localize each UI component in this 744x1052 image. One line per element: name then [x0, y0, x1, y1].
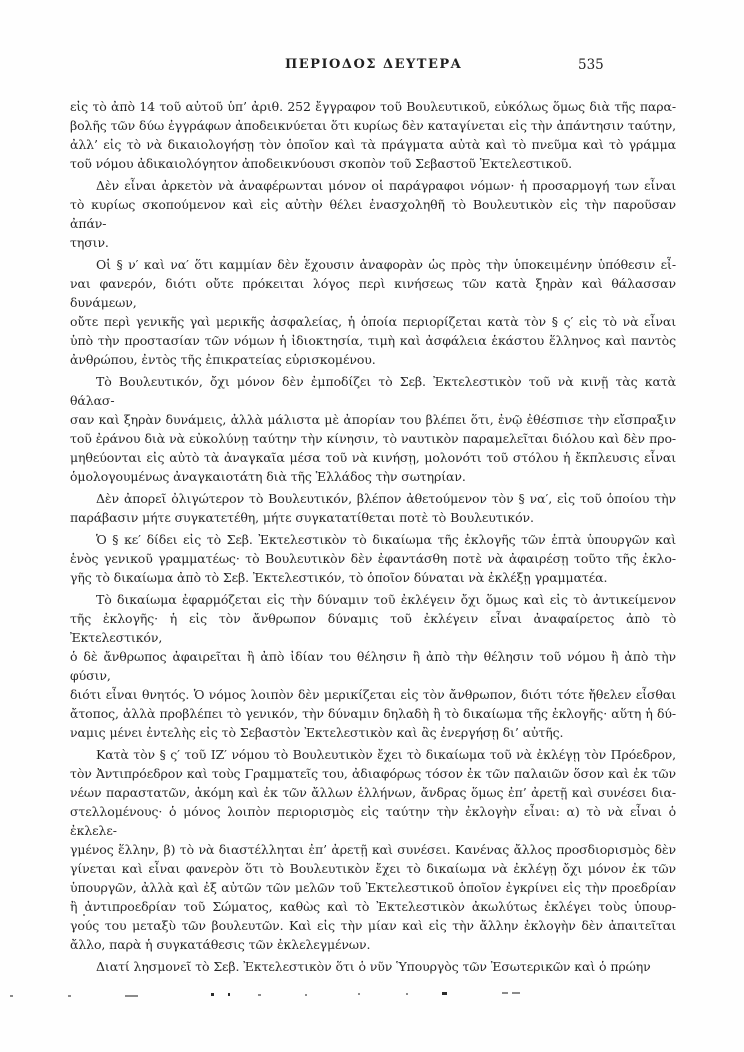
scan-speck	[211, 993, 214, 996]
text-line: ἀνθρώπου, ἐντὸς τῆς ἐπικρατείας εὑρισκομ…	[70, 350, 676, 369]
text-line: ἄτοπος, ἀλλὰ προβλέπει τὸ γενικόν, τὴν δ…	[70, 704, 676, 723]
text-line: Τὸ δικαίωμα ἐφαρμόζεται εἰς τὴν δύναμιν …	[70, 590, 676, 609]
text-line: γῆς τὸ δικαίωμα ἀπὸ τὸ Σεβ. Ἐκτελεστικόν…	[70, 568, 676, 587]
scan-speck	[10, 995, 13, 997]
text-line: νέων παραστατῶν, ἀκόμη καὶ ἐκ τῶν ἄλλων …	[70, 783, 676, 802]
text-line: γούς του μεταξὺ τῶν βουλευτῶν. Καὶ εἰς τ…	[70, 916, 676, 935]
scan-speck	[502, 992, 508, 994]
text-line: ἄλλο, παρὰ ἡ συγκατάθεσις τῶν ἐκλελεγμέν…	[70, 935, 676, 954]
scan-speck	[305, 994, 307, 996]
text-line: βολῆς τῶν δύω ἐγγράφων ἀποδεικνύεται ὅτι…	[70, 116, 676, 135]
paragraph: Διατί λησμονεῖ τὸ Σεβ. Ἐκτελεστικὸν ὅτι …	[70, 957, 676, 976]
text-line: ὁ δὲ ἄνθρωπος ἀφαιρεῖται ἢ ἀπὸ ἰδίαν του…	[70, 647, 676, 685]
text-line: τοῦ ἐράνου διὰ νὰ εὐκολύνῃ ταύτην τὴν κί…	[70, 429, 676, 448]
scan-speck	[258, 994, 261, 996]
text-line: Δὲν ἀπορεῖ ὀλιγώτερον τὸ Βουλευτικόν, βλ…	[70, 489, 676, 508]
paragraph: Δὲν ἀπορεῖ ὀλιγώτερον τὸ Βουλευτικόν, βλ…	[70, 489, 676, 527]
scan-speck	[68, 995, 71, 997]
text-line: οὔτε περὶ γενικῆς γαὶ μερικῆς ἀσφαλείας,…	[70, 312, 676, 331]
paragraph: Τὸ Βουλευτικόν, ὄχι μόνον δὲν ἐμποδίζει …	[70, 372, 676, 486]
text-line: εἰς τὸ ἀπὸ 14 τοῦ αὐτοῦ ὑπ’ ἀριθ. 252 ἔγ…	[70, 97, 676, 116]
text-line: γμένος ἕλλην, β) τὸ νὰ διαστέλληται ἐπ’ …	[70, 840, 676, 859]
text-line: ναμις μένει ἐντελὴς εἰς τὸ Σεβαστὸν Ἐκτε…	[70, 723, 676, 742]
text-line: ἀλλ’ εἰς τὸ νὰ δικαιολογήσῃ τὸν ὁποῖον κ…	[70, 135, 676, 154]
scan-speck	[358, 993, 360, 995]
scan-speck	[183, 891, 185, 893]
paragraph: Τὸ δικαίωμα ἐφαρμόζεται εἰς τὴν δύναμιν …	[70, 590, 676, 742]
scan-speck	[83, 914, 85, 916]
text-line: Ὁ § κε′ δίδει εἰς τὸ Σεβ. Ἐκτελεστικὸν τ…	[70, 530, 676, 549]
paragraph: Κατὰ τὸν § ς′ τοῦ ΙΖ′ νόμου τὸ Βουλευτικ…	[70, 745, 676, 954]
paragraph: Οἱ § ν′ καὶ να′ ὅτι καμμίαν δὲν ἔχουσιν …	[70, 255, 676, 369]
text-line: ὁμολογουμένως ἀναγκαιοτάτη διὰ τῆς Ἑλλάδ…	[70, 467, 676, 486]
running-head: ΠΕΡΙΟΔΟΣ ΔΕΥΤΕΡΑ 535	[70, 57, 676, 77]
text-line: Διατί λησμονεῖ τὸ Σεβ. Ἐκτελεστικὸν ὅτι …	[70, 957, 676, 976]
paragraph: εἰς τὸ ἀπὸ 14 τοῦ αὐτοῦ ὑπ’ ἀριθ. 252 ἔγ…	[70, 97, 676, 173]
scanned-document-page: ΠΕΡΙΟΔΟΣ ΔΕΥΤΕΡΑ 535 εἰς τὸ ἀπὸ 14 τοῦ α…	[0, 0, 744, 1052]
text-line: ναι φανερόν, διότι οὔτε πρόκειται λόγος …	[70, 274, 676, 312]
text-line: τὸ κυρίως σκοπούμενον καὶ εἰς αὐτὴν θέλε…	[70, 195, 676, 233]
text-line: τῆς ἐκλογῆς· ἡ εἰς τὸν ἄνθρωπον δύναμις …	[70, 609, 676, 647]
text-line: σαν καὶ ξηρὰν δυνάμεις, ἀλλὰ μάλιστα μὲ …	[70, 410, 676, 429]
scan-speck	[125, 995, 138, 997]
text-line: Οἱ § ν′ καὶ να′ ὅτι καμμίαν δὲν ἔχουσιν …	[70, 255, 676, 274]
text-line: Τὸ Βουλευτικόν, ὄχι μόνον δὲν ἐμποδίζει …	[70, 372, 676, 410]
page-number: 535	[578, 57, 604, 73]
text-line: τησιν.	[70, 233, 676, 252]
text-line: γίνεται καὶ εἶναι φανερὸν ὅτι τὸ Βουλευτ…	[70, 859, 676, 878]
text-line: ἢ ἀντιπροεδρίαν τοῦ Σώματος, καθὼς καὶ τ…	[70, 897, 676, 916]
paragraph: Δὲν εἶναι ἀρκετὸν νὰ ἀναφέρωνται μόνον ο…	[70, 176, 676, 252]
text-block: εἰς τὸ ἀπὸ 14 τοῦ αὐτοῦ ὑπ’ ἀριθ. 252 ἔγ…	[70, 97, 676, 976]
page-header-title: ΠΕΡΙΟΔΟΣ ΔΕΥΤΕΡΑ	[285, 57, 462, 72]
scan-speck	[406, 993, 408, 995]
paragraph: Ὁ § κε′ δίδει εἰς τὸ Σεβ. Ἐκτελεστικὸν τ…	[70, 530, 676, 587]
text-line: στελλομένους· ὁ μόνος λοιπὸν περιορισμὸς…	[70, 802, 676, 840]
scan-speck	[442, 992, 447, 995]
text-line: ὑπουργῶν, ἀλλὰ καὶ ἐξ αὐτῶν τῶν μελῶν το…	[70, 878, 676, 897]
text-line: ὑπὸ τὴν προστασίαν τῶν νόμων ἡ ἰδιοκτησί…	[70, 331, 676, 350]
text-line: τοῦ νόμου ἀδικαιολόγητον ἀποδεικνύουσι σ…	[70, 154, 676, 173]
scan-speck	[228, 993, 230, 996]
text-line: Κατὰ τὸν § ς′ τοῦ ΙΖ′ νόμου τὸ Βουλευτικ…	[70, 745, 676, 764]
scan-speck	[512, 992, 520, 994]
text-line: παράβασιν μήτε συγκατετέθη, μήτε συγκατα…	[70, 508, 676, 527]
text-line: τὸν Ἀντιπρόεδρον καὶ τοὺς Γραμματεῖς του…	[70, 764, 676, 783]
text-line: ἑνὸς γενικοῦ γραμματέως· τὸ Βουλευτικὸν …	[70, 549, 676, 568]
text-line: διότι εἶναι θνητός. Ὁ νόμος λοιπὸν δὲν μ…	[70, 685, 676, 704]
text-line: μηθεύονται εἰς αὐτὸ τὰ ἀναγκαῖα μέσα τοῦ…	[70, 448, 676, 467]
text-line: Δὲν εἶναι ἀρκετὸν νὰ ἀναφέρωνται μόνον ο…	[70, 176, 676, 195]
